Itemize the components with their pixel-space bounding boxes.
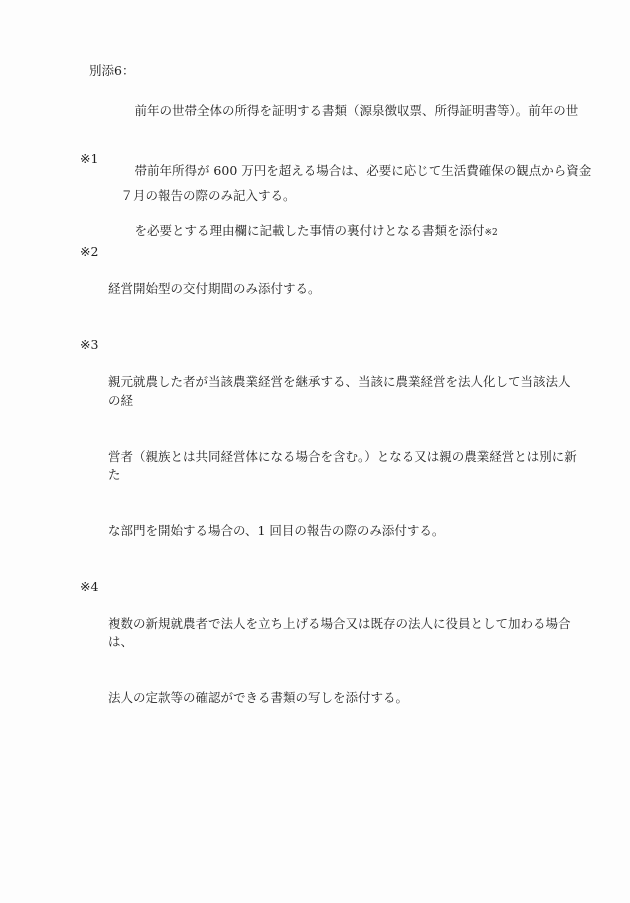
attachment-note-line: 前年の世帯全体の所得を証明する書類（源泉徴収票、所得証明書等）。前年の世 (134, 101, 594, 121)
document-page: 別添6： 前年の世帯全体の所得を証明する書類（源泉徴収票、所得証明書等）。前年の… (0, 0, 630, 903)
footnote-1-body: ７月の報告の際のみ記入する。 (108, 150, 578, 243)
footnote-3-marker: ※3 (80, 336, 108, 578)
footnote-3-line: 営者（親族とは共同経営体になる場合を含む。）となる又は親の農業経営とは別に新た (108, 448, 578, 485)
footnote-4-body: 複数の新規就農者で法人を立ち上げる場合又は既存の法人に役員として加わる場合は、 … (108, 578, 578, 745)
footnote-2-marker: ※2 (80, 243, 108, 336)
footnote-2-body: 経営開始型の交付期間のみ添付する。 (108, 243, 578, 336)
footnote-3-body: 親元就農した者が当該農業経営を継承する、当該に農業経営を法人化して当該法人の経 … (108, 336, 578, 578)
footnotes-block: ※1 ７月の報告の際のみ記入する。 ※2 経営開始型の交付期間のみ添付する。 ※… (80, 150, 578, 745)
footnote-3-line: な部門を開始する場合の、1 回目の報告の際のみ添付する。 (108, 522, 578, 541)
footnote-4-line: 複数の新規就農者で法人を立ち上げる場合又は既存の法人に役員として加わる場合は、 (108, 615, 578, 652)
footnote-4: ※4 複数の新規就農者で法人を立ち上げる場合又は既存の法人に役員として加わる場合… (80, 578, 578, 745)
footnote-4-line: 法人の定款等の確認ができる書類の写しを添付する。 (108, 689, 578, 708)
footnote-1-marker: ※1 (80, 150, 108, 243)
footnote-1-line: ７月の報告の際のみ記入する。 (108, 187, 578, 206)
footnote-1: ※1 ７月の報告の際のみ記入する。 (80, 150, 578, 243)
footnote-3: ※3 親元就農した者が当該農業経営を継承する、当該に農業経営を法人化して当該法人… (80, 336, 578, 578)
footnote-2-line: 経営開始型の交付期間のみ添付する。 (108, 280, 578, 299)
footnote-2: ※2 経営開始型の交付期間のみ添付する。 (80, 243, 578, 336)
footnote-4-marker: ※4 (80, 578, 108, 745)
footnote-3-line: 親元就農した者が当該農業経営を継承する、当該に農業経営を法人化して当該法人の経 (108, 373, 578, 410)
